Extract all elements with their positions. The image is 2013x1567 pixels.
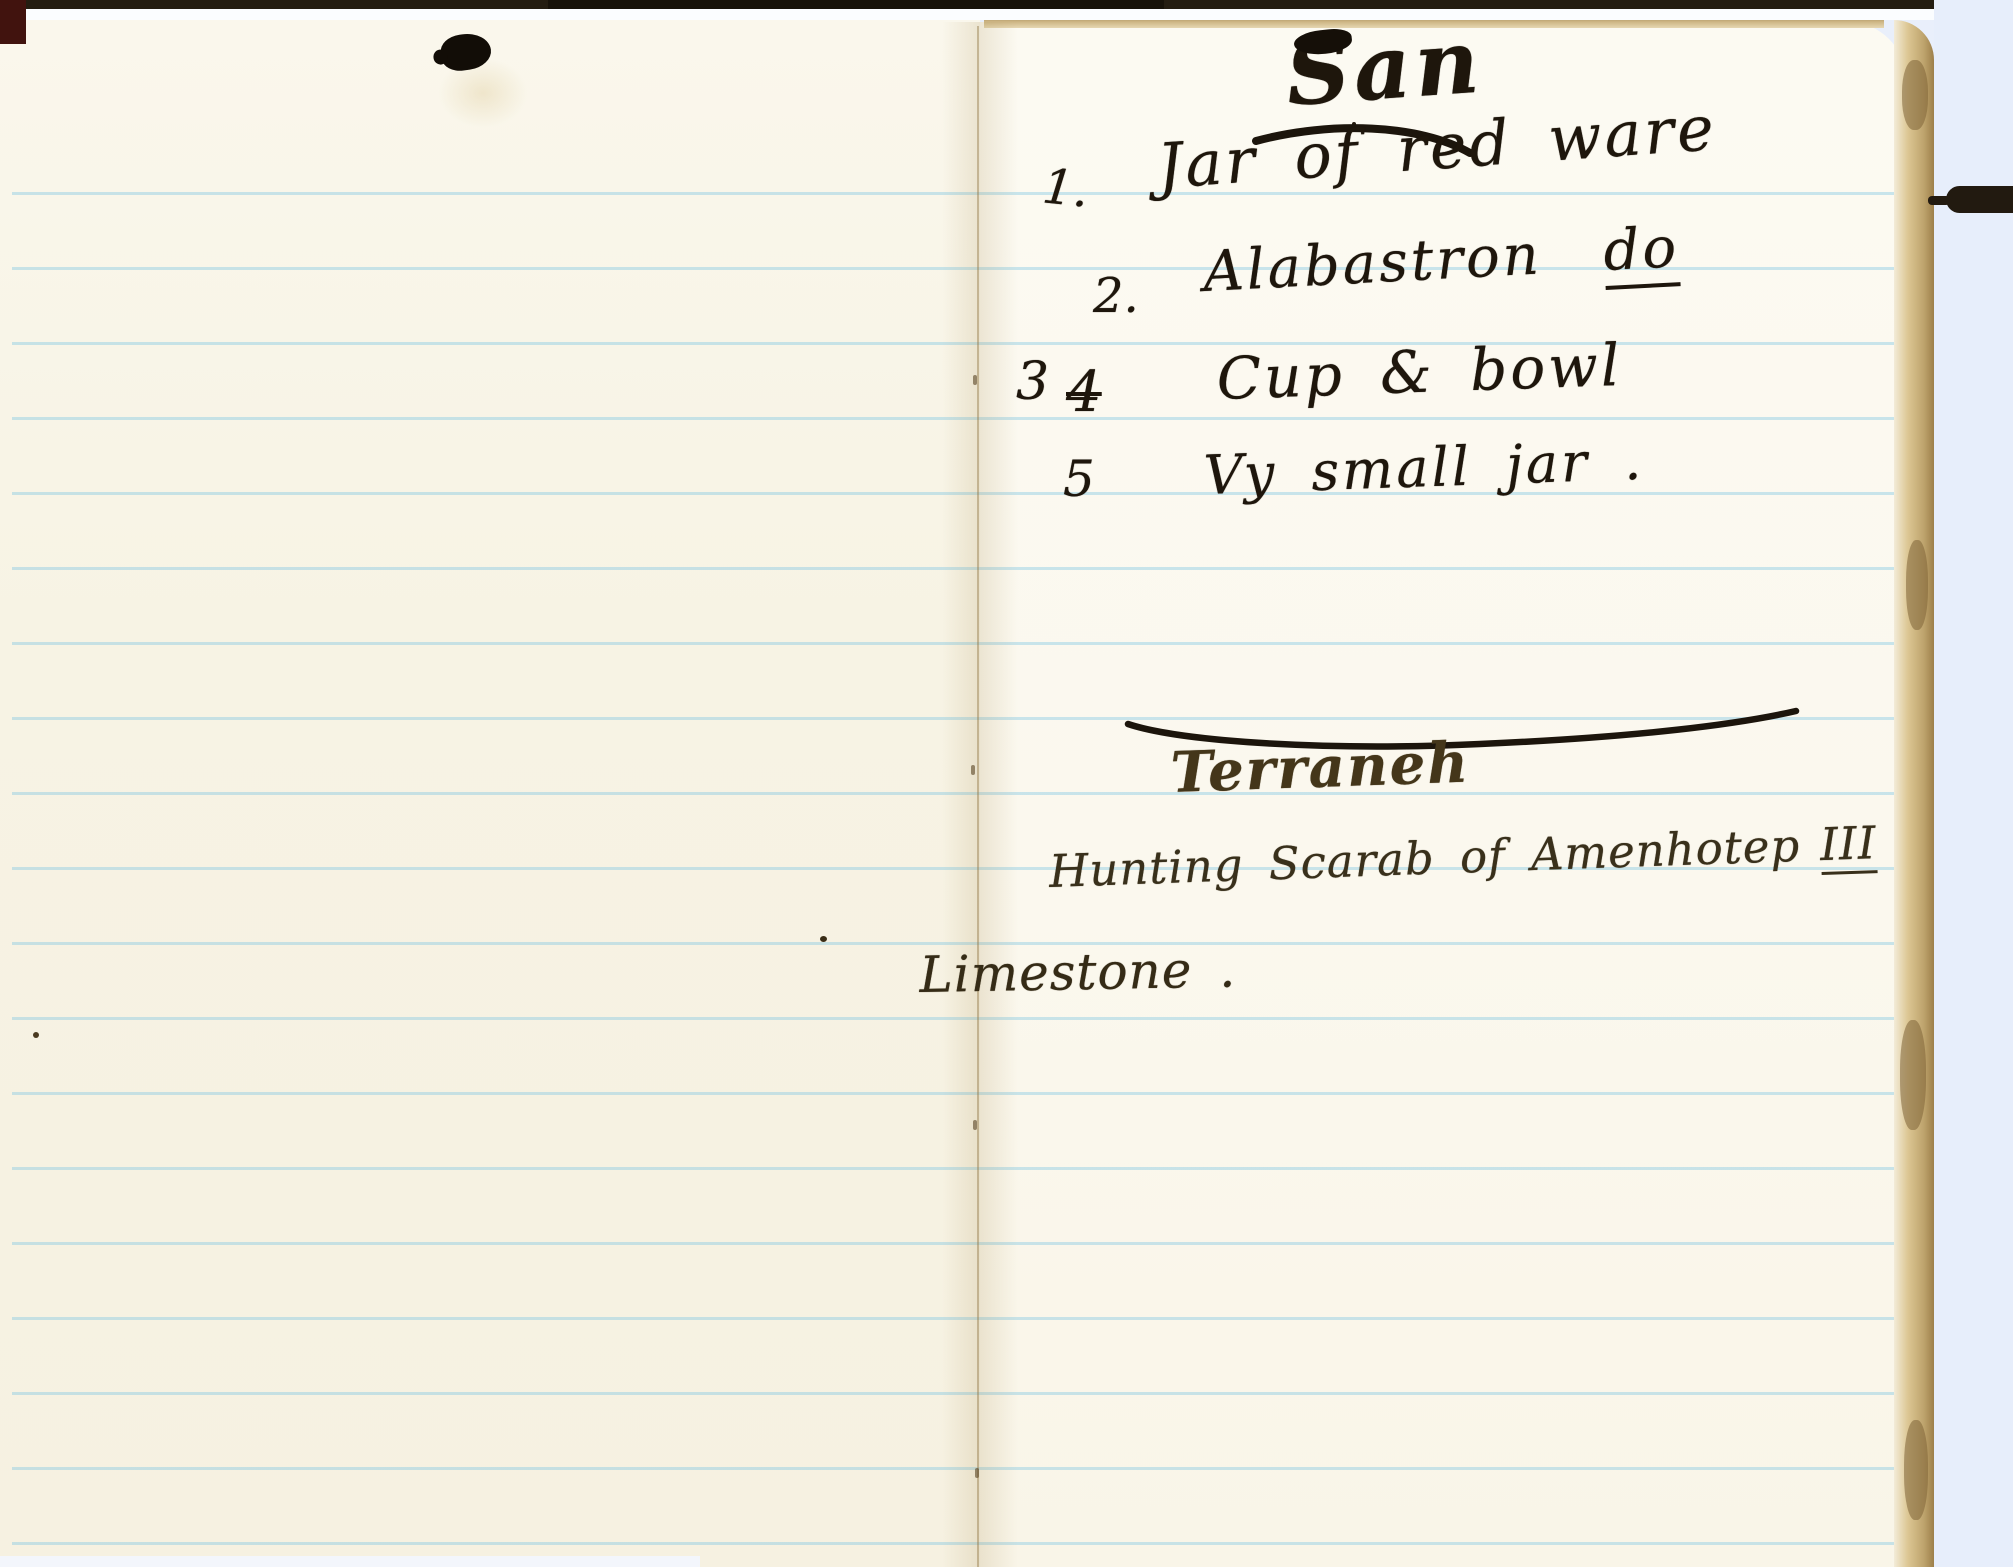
edge-roughness xyxy=(1904,1420,1928,1520)
section-heading: Terraneh xyxy=(1170,730,1471,806)
binding-stitch xyxy=(975,1468,979,1478)
item-number: 2. xyxy=(1093,268,1139,324)
edge-roughness xyxy=(1902,60,1928,130)
item-number-struck: 4 xyxy=(1066,360,1102,425)
ink-speck xyxy=(33,1032,39,1038)
corner-cover-fragment xyxy=(0,0,26,44)
edge-roughness xyxy=(1906,540,1928,630)
item-number: 1. xyxy=(1040,158,1091,218)
item-number: 3 xyxy=(1016,352,1049,412)
centre-fold-line xyxy=(977,26,979,1567)
section-material-line: Limestone . xyxy=(919,940,1237,1004)
scanner-background xyxy=(1934,0,2013,1567)
book-clasp-tip xyxy=(1928,196,1950,205)
regnal-numeral: III xyxy=(1819,816,1877,875)
book-clasp xyxy=(1946,186,2013,213)
edge-roughness xyxy=(1900,1020,1926,1130)
binding-stitch xyxy=(973,1120,977,1130)
page-deckle-edge xyxy=(1894,20,1934,1567)
bottom-scanner-gap xyxy=(0,1556,700,1567)
centre-fold-shadow xyxy=(942,22,1018,1567)
binding-stitch xyxy=(971,765,975,775)
item-text: Cup & bowl xyxy=(1216,331,1624,413)
ditto-mark: do xyxy=(1602,215,1681,290)
top-scanner-gap xyxy=(0,9,1934,20)
notebook-scan: San 1. Jar of red ware 2. Alabastrondo 3… xyxy=(0,0,2013,1567)
ink-speck xyxy=(820,936,827,942)
item-number: 5 xyxy=(1063,450,1095,508)
binding-stitch xyxy=(973,375,977,385)
